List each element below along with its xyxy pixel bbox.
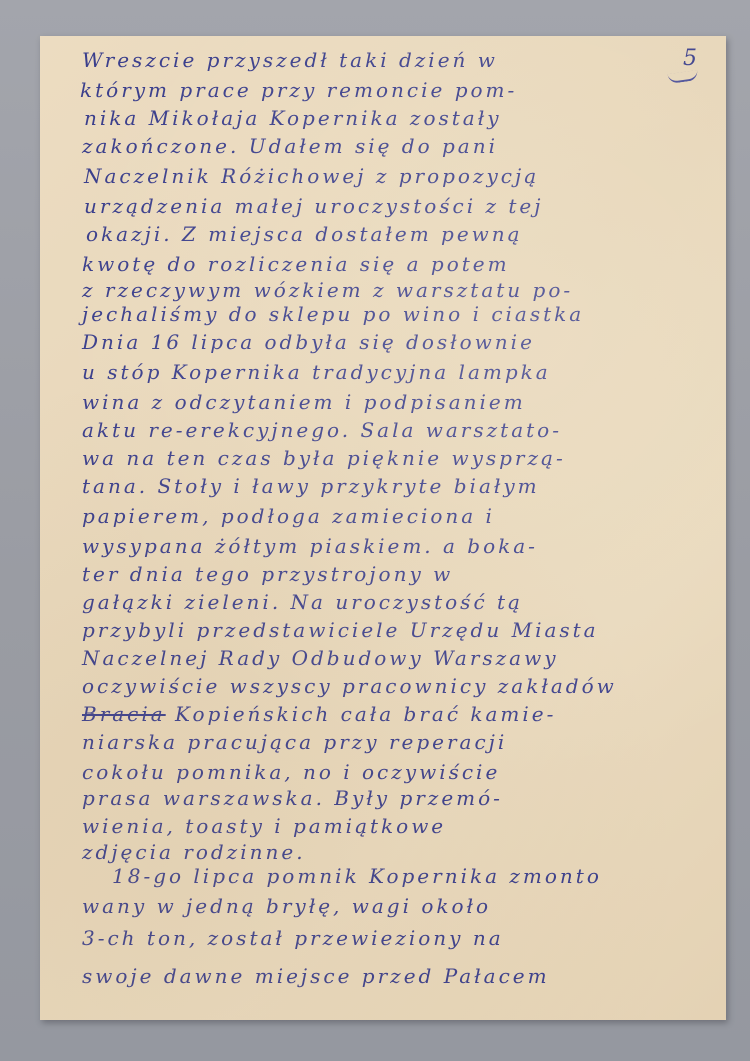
manuscript-line: gałązki zieleni. Na uroczystość tą — [82, 592, 523, 612]
manuscript-line: nika Mikołaja Kopernika zostały — [84, 108, 502, 128]
line-text: Kopieńskich cała brać kamie- — [166, 702, 557, 726]
manuscript-line: 3-ch ton, został przewieziony na — [82, 928, 504, 948]
manuscript-line: oczywiście wszyscy pracownicy zakładów — [82, 676, 617, 696]
manuscript-line: zdjęcia rodzinne. — [82, 842, 306, 862]
manuscript-line: którym prace przy remoncie pom- — [80, 80, 517, 100]
page-number: 5 — [683, 46, 697, 71]
manuscript-line: urządzenia małej uroczystości z tej — [84, 196, 543, 216]
manuscript-line: ter dnia tego przystrojony w — [82, 564, 453, 584]
manuscript-line: Bracia Kopieńskich cała brać kamie- — [82, 704, 556, 724]
manuscript-line: wany w jedną bryłę, wagi około — [82, 896, 491, 916]
manuscript-page: 5 Wreszcie przyszedł taki dzień wktórym … — [40, 36, 726, 1020]
manuscript-line: aktu re-erekcyjnego. Sala warsztato- — [82, 420, 562, 440]
page-number-underline — [667, 70, 698, 84]
manuscript-line: swoje dawne miejsce przed Pałacem — [82, 966, 550, 986]
manuscript-line: u stóp Kopernika tradycyjna lampka — [82, 362, 551, 382]
manuscript-line: zakończone. Udałem się do pani — [82, 136, 498, 156]
manuscript-line: wa na ten czas była pięknie wysprzą- — [82, 448, 566, 468]
manuscript-line: okazji. Z miejsca dostałem pewną — [86, 224, 523, 244]
manuscript-line: niarska pracująca przy reperacji — [82, 732, 507, 752]
struck-out-word: Bracia — [82, 702, 166, 726]
manuscript-line: tana. Stoły i ławy przykryte białym — [82, 476, 540, 496]
manuscript-line: kwotę do rozliczenia się a potem — [82, 254, 510, 274]
manuscript-line: wienia, toasty i pamiątkowe — [82, 816, 446, 836]
manuscript-line: z rzeczywym wózkiem z warsztatu po- — [82, 280, 573, 300]
manuscript-line: Wreszcie przyszedł taki dzień w — [82, 50, 498, 70]
manuscript-line: Dnia 16 lipca odbyła się dosłownie — [82, 332, 535, 352]
manuscript-line: Naczelnik Różichowej z propozycją — [84, 166, 539, 186]
manuscript-line: cokołu pomnika, no i oczywiście — [82, 762, 500, 782]
manuscript-line: 18-go lipca pomnik Kopernika zmonto — [112, 866, 602, 886]
manuscript-line: wina z odczytaniem i podpisaniem — [82, 392, 526, 412]
manuscript-line: prasa warszawska. Były przemó- — [82, 788, 503, 808]
manuscript-line: papierem, podłoga zamieciona i — [82, 506, 495, 526]
manuscript-line: jechaliśmy do sklepu po wino i ciastka — [82, 304, 584, 324]
manuscript-line: przybyli przedstawiciele Urzędu Miasta — [82, 620, 599, 640]
manuscript-line: wysypana żółtym piaskiem. a boka- — [82, 536, 538, 556]
manuscript-line: Naczelnej Rady Odbudowy Warszawy — [82, 648, 559, 668]
